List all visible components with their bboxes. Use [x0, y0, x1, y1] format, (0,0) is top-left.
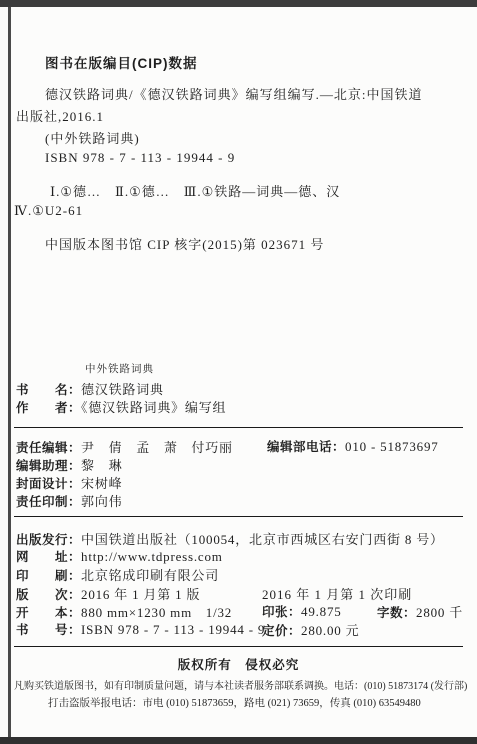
divider-rule-2	[14, 516, 463, 517]
book-name-value: 德汉铁路词典	[81, 382, 164, 397]
editor-phone-value: 010 - 51873697	[345, 439, 439, 454]
cip-isbn: ISBN 978 - 7 - 113 - 19944 - 9	[45, 150, 235, 166]
cip-classification-line2: Ⅳ.①U2-61	[14, 203, 83, 219]
publisher-label: 出版发行：	[16, 533, 81, 547]
assistant-row: 编辑助理：黎 琳	[16, 455, 122, 474]
wordcount-value: 2800 千	[416, 605, 463, 620]
book-name-row: 书 名：德汉铁路词典	[16, 379, 164, 398]
publisher-row: 出版发行：中国铁道出版社（100054，北京市西城区右安门西街 8 号）	[16, 529, 444, 548]
price-value: 280.00 元	[301, 623, 359, 638]
editor-phone-cell: 编辑部电话：010 - 51873697	[267, 437, 439, 455]
editor-row: 责任编辑：尹 倩 孟 萧 付巧丽 编辑部电话：010 - 51873697	[16, 437, 233, 456]
scan-artifact-left-edge	[8, 7, 11, 737]
cover-designer-name: 宋树峰	[81, 476, 122, 491]
format-label: 开 本：	[16, 606, 81, 620]
wordcount-cell: 字数：2800 千	[377, 602, 463, 621]
format-value: 880 mm×1230 mm 1/32	[81, 605, 232, 620]
sheets-value: 49.875	[301, 604, 342, 619]
cip-heading: 图书在版编目(CIP)数据	[45, 52, 198, 72]
editor-phone-label: 编辑部电话：	[267, 440, 345, 454]
author-value: 《德汉铁路词典》编写组	[81, 400, 226, 415]
cip-record-line1: 德汉铁路词典/《德汉铁路词典》编写组编写.—北京:中国铁道	[45, 84, 422, 103]
divider-rule-3	[14, 646, 463, 647]
book-number-label: 书 号：	[16, 623, 81, 637]
assistant-name: 黎 琳	[81, 458, 122, 473]
edition-value: 2016 年 1 月第 1 版	[81, 587, 200, 602]
book-number-value: ISBN 978 - 7 - 113 - 19944 - 9	[81, 622, 265, 637]
copyright-notice: 版权所有 侵权必究	[14, 655, 463, 673]
wordcount-label: 字数：	[377, 606, 416, 620]
website-label: 网 址：	[16, 550, 81, 564]
book-number-row: 书 号：ISBN 978 - 7 - 113 - 19944 - 9 定价：28…	[16, 620, 265, 638]
impression-value: 2016 年 1 月第 1 次印刷	[262, 584, 412, 603]
printer-label: 印 刷：	[16, 569, 81, 583]
piracy-report-line: 打击盗版举报电话：市电 (010) 51873659，路电 (021) 7365…	[48, 695, 421, 710]
author-row: 作 者：《德汉铁路词典》编写组	[16, 397, 226, 416]
book-name-label: 书 名：	[16, 383, 81, 397]
editor-label: 责任编辑：	[16, 441, 81, 455]
edition-label: 版 次：	[16, 588, 81, 602]
website-row: 网 址：http://www.tdpress.com	[16, 547, 223, 565]
cover-designer-row: 封面设计：宋树峰	[16, 473, 122, 492]
sheets-label: 印张：	[262, 605, 301, 619]
print-supervisor-name: 郭向伟	[81, 494, 122, 509]
printer-value: 北京铭成印刷有限公司	[81, 568, 219, 583]
cip-series: (中外铁路词典)	[45, 128, 140, 147]
print-supervisor-label: 责任印制：	[16, 495, 81, 509]
page-content: 图书在版编目(CIP)数据 德汉铁路词典/《德汉铁路词典》编写组编写.—北京:中…	[14, 0, 463, 744]
price-cell: 定价：280.00 元	[262, 620, 359, 639]
copyright-page: 图书在版编目(CIP)数据 德汉铁路词典/《德汉铁路词典》编写组编写.—北京:中…	[0, 0, 477, 744]
website-value: http://www.tdpress.com	[81, 549, 223, 564]
author-label: 作 者：	[16, 401, 81, 415]
edition-row: 版 次：2016 年 1 月第 1 版 2016 年 1 月第 1 次印刷	[16, 584, 200, 603]
print-supervisor-row: 责任印制：郭向伟	[16, 491, 122, 510]
publisher-value: 中国铁道出版社（100054，北京市西城区右安门西街 8 号）	[81, 532, 444, 547]
sheets-cell: 印张：49.875	[262, 602, 342, 620]
assistant-label: 编辑助理：	[16, 459, 81, 473]
divider-rule-1	[14, 427, 463, 428]
service-line: 凡购买铁道版图书，如有印制质量问题，请与本社读者服务部联系调换。电话：(010)…	[14, 677, 467, 692]
cip-classification-line1: Ⅰ.①德… Ⅱ.①德… Ⅲ.①铁路—词典—德、汉	[50, 181, 340, 200]
cover-designer-label: 封面设计：	[16, 477, 81, 491]
cip-registry: 中国版本图书馆 CIP 核字(2015)第 023671 号	[45, 234, 324, 253]
series-label: 中外铁路词典	[85, 361, 154, 376]
editor-names: 尹 倩 孟 萧 付巧丽	[81, 440, 233, 455]
price-label: 定价：	[262, 624, 301, 638]
printer-row: 印 刷：北京铭成印刷有限公司	[16, 565, 219, 584]
cip-record-line2: 出版社,2016.1	[16, 106, 104, 125]
format-row: 开 本：880 mm×1230 mm 1/32 印张：49.875 字数：280…	[16, 602, 232, 621]
